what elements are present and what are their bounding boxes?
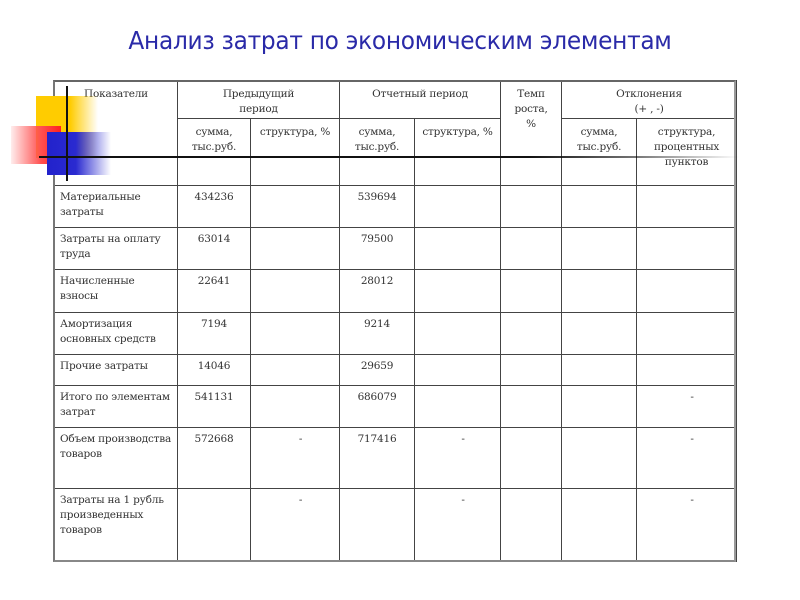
- cell-prev-sum: 63014: [178, 228, 251, 270]
- row-label: Амортизация основных средств: [54, 313, 178, 355]
- cell-rep-structure: [415, 313, 501, 355]
- cell-dev-structure: [637, 270, 737, 313]
- cell-prev-structure: [251, 186, 340, 228]
- cell-prev-sum: 541131: [178, 386, 251, 428]
- crosshair-horizontal-line-icon: [39, 156, 739, 158]
- subheader-dev-structure: структура, процентных пунктов: [637, 119, 737, 186]
- cell-growth: [501, 428, 562, 489]
- cell-dev-sum: [562, 270, 637, 313]
- cell-rep-sum: 686079: [340, 386, 415, 428]
- cell-prev-structure: [251, 386, 340, 428]
- cell-prev-structure: [251, 228, 340, 270]
- subheader-dev-sum: сумма, тыс.руб.: [562, 119, 637, 186]
- cell-rep-structure: [415, 355, 501, 386]
- cell-prev-structure: [251, 313, 340, 355]
- cell-prev-structure: -: [251, 428, 340, 489]
- cell-dev-sum: [562, 489, 637, 562]
- cell-dev-structure: [637, 355, 737, 386]
- cell-dev-structure: [637, 228, 737, 270]
- row-label: Итого по элементам затрат: [54, 386, 178, 428]
- table-row: Амортизация основных средств71949214: [54, 313, 737, 355]
- blue-square-icon: [47, 132, 111, 175]
- cell-dev-sum: [562, 386, 637, 428]
- cell-dev-structure: [637, 186, 737, 228]
- table-row: Затраты на оплату труда6301479500: [54, 228, 737, 270]
- cell-growth: [501, 355, 562, 386]
- header-previous-period: Предыдущий период: [178, 81, 340, 119]
- cell-growth: [501, 228, 562, 270]
- row-label: Затраты на оплату труда: [54, 228, 178, 270]
- header-reporting-period: Отчетный период: [340, 81, 501, 119]
- cell-rep-structure: [415, 270, 501, 313]
- cell-prev-sum: 434236: [178, 186, 251, 228]
- cell-rep-sum: [340, 489, 415, 562]
- row-label: Прочие затраты: [54, 355, 178, 386]
- cell-rep-structure: [415, 186, 501, 228]
- cell-prev-sum: 22641: [178, 270, 251, 313]
- subheader-rep-structure: структура, %: [415, 119, 501, 186]
- cell-dev-sum: [562, 355, 637, 386]
- cell-prev-structure: -: [251, 489, 340, 562]
- cell-dev-structure: [637, 313, 737, 355]
- table-row: Объем производства товаров572668-717416-…: [54, 428, 737, 489]
- cell-dev-structure: -: [637, 489, 737, 562]
- header-growth-rate: Темп роста, %: [501, 81, 562, 186]
- cell-rep-sum: 717416: [340, 428, 415, 489]
- cell-rep-sum: 79500: [340, 228, 415, 270]
- table-row: Итого по элементам затрат541131686079-: [54, 386, 737, 428]
- header-deviations: Отклонения (+ , -): [562, 81, 737, 119]
- cell-growth: [501, 386, 562, 428]
- cell-rep-structure: [415, 386, 501, 428]
- cell-rep-structure: [415, 228, 501, 270]
- row-label: Затраты на 1 рубль произведенных товаров: [54, 489, 178, 562]
- cell-rep-sum: 28012: [340, 270, 415, 313]
- cell-rep-structure: -: [415, 489, 501, 562]
- table-row: Начисленные взносы2264128012: [54, 270, 737, 313]
- cost-analysis-table: Показатели Предыдущий период Отчетный пе…: [53, 80, 737, 562]
- cell-prev-sum: 14046: [178, 355, 251, 386]
- cell-rep-structure: -: [415, 428, 501, 489]
- cell-prev-structure: [251, 270, 340, 313]
- row-label: Объем производства товаров: [54, 428, 178, 489]
- cell-dev-sum: [562, 228, 637, 270]
- subheader-rep-sum: сумма, тыс.руб.: [340, 119, 415, 186]
- cell-dev-structure: -: [637, 428, 737, 489]
- cell-growth: [501, 186, 562, 228]
- cell-dev-sum: [562, 313, 637, 355]
- page-title: Анализ затрат по экономическим элементам: [28, 26, 772, 55]
- table-row: Прочие затраты1404629659: [54, 355, 737, 386]
- row-label: Материальные затраты: [54, 186, 178, 228]
- cell-prev-sum: [178, 489, 251, 562]
- row-label: Начисленные взносы: [54, 270, 178, 313]
- cell-rep-sum: 29659: [340, 355, 415, 386]
- cell-growth: [501, 270, 562, 313]
- cell-prev-sum: 572668: [178, 428, 251, 489]
- cell-dev-sum: [562, 186, 637, 228]
- subheader-prev-structure: структура, %: [251, 119, 340, 186]
- cell-dev-structure: -: [637, 386, 737, 428]
- table-row: Материальные затраты434236539694: [54, 186, 737, 228]
- cell-growth: [501, 489, 562, 562]
- cell-rep-sum: 539694: [340, 186, 415, 228]
- cell-rep-sum: 9214: [340, 313, 415, 355]
- table-row: Затраты на 1 рубль произведенных товаров…: [54, 489, 737, 562]
- cell-dev-sum: [562, 428, 637, 489]
- crosshair-vertical-line-icon: [66, 86, 68, 181]
- cell-prev-structure: [251, 355, 340, 386]
- cell-growth: [501, 313, 562, 355]
- subheader-prev-sum: сумма, тыс.руб.: [178, 119, 251, 186]
- cell-prev-sum: 7194: [178, 313, 251, 355]
